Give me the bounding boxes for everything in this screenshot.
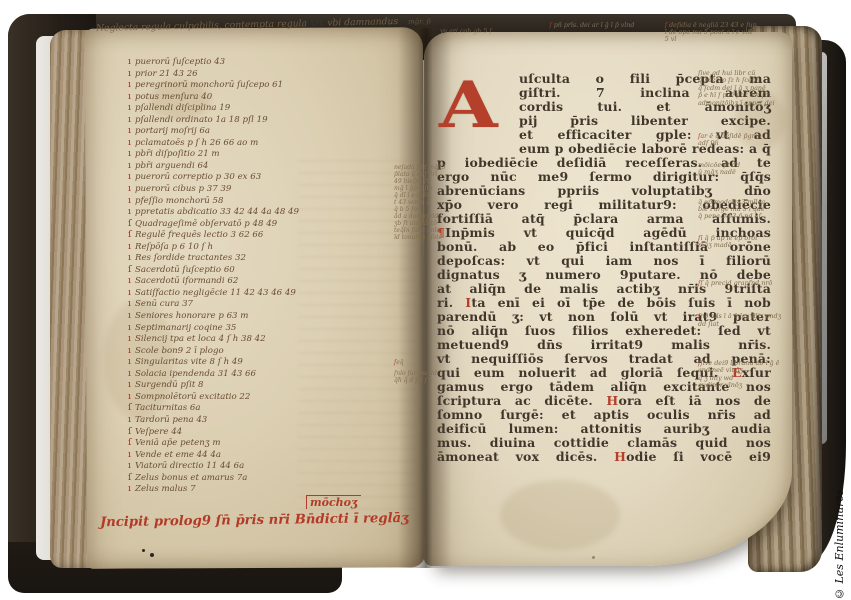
margin-gloss: ſſive dei9 libranū ab ī ḡ ē andineē viuō… [698, 360, 796, 390]
index-entry: ıSatiſfactio negligēcie 11 42 43 46 49 [128, 287, 416, 299]
index-entry: ſVeniā ap̄e petenʒ m [128, 437, 416, 449]
margin-gloss: ſive qd hui libr cū q̄ p̄cepto ſz h ſcep… [698, 70, 796, 107]
red-paragraph-mark: ı [128, 345, 135, 357]
red-paragraph-mark: ı [128, 287, 135, 299]
margin-gloss: ſ pn̄ prīs. dei ar ī ḡ ī p̄ vlnd [549, 22, 654, 43]
index-entry: ıpbr̄i arguendi 64 [128, 160, 416, 172]
index-entry: ıpuerorū ſuſceptio 43 [128, 56, 416, 68]
index-entry: ıpſallendi ordinato 1a 18 pſl 19 [128, 114, 416, 126]
index-entry-text: Septimanarij coqine 35 [135, 323, 236, 333]
index-entry-text: Reſpōſa p 6 10 ſ h [135, 242, 213, 252]
index-entry-text: ppretatis abdicatio 33 42 44 4a 48 49 [135, 207, 299, 217]
index-entry: ıReſpōſa p 6 10 ſ h [128, 241, 416, 253]
red-paragraph-mark: ı [128, 195, 135, 207]
index-entry: ıpſallendi diſciplina 19 [128, 102, 416, 114]
ink-speck [592, 556, 595, 559]
index-entry-text: puerorū cibus p 37 39 [135, 184, 231, 194]
red-paragraph-mark: ſ [128, 426, 135, 438]
top-margin-glosses: yy ari coh gh 5 ſſ pn̄ prīs. dei ar ī ḡ … [440, 22, 794, 43]
index-entry-text: Sompnolētorū excitatio 22 [135, 392, 250, 402]
index-entry: ıViatorū directio 11 44 6a [128, 460, 416, 472]
index-entry: ıportarij moſrij 6a [128, 125, 416, 137]
index-entry-text: pclamatoēs p ſ h 26 66 ao m [135, 138, 258, 148]
margin-gloss: ſſ q̄ precid grapſnd nrō [698, 280, 796, 287]
index-entry-text: Sacerdotū iformandi 62 [135, 276, 238, 286]
index-entry: ıpbr̄i diſpoſitio 21 m [128, 148, 416, 160]
red-paragraph-mark: ſ [128, 229, 135, 241]
index-entry: ıppretatis abdicatio 33 42 44 4a 48 49 [128, 206, 416, 218]
red-paragraph-mark: ı [128, 206, 135, 218]
index-entry-text: portarij moſrij 6a [135, 126, 210, 136]
red-paragraph-mark: ı [128, 137, 135, 149]
corner-note: mḡr. p̄ [408, 17, 431, 26]
index-entry-text: Veſpere 44 [135, 427, 182, 437]
index-entry-text: pſallendi diſciplina 19 [135, 103, 230, 113]
index-entry-text: puerorū correptio p 30 ex 63 [135, 172, 261, 182]
index-entry: ıSurgendū pſit 8 [128, 379, 416, 391]
index-entry-text: Taciturnitas 6a [135, 403, 200, 413]
index-entry: ıSolacia ipendenda 31 43 66 [128, 368, 416, 380]
red-paragraph-mark: ı [128, 460, 135, 472]
red-paragraph-mark: ı [128, 102, 135, 114]
index-entry-text: Seniores honorare p 63 m [135, 311, 248, 321]
index-entry: ſZelus bonus et amarus 7a [128, 472, 416, 484]
index-entry: ıpfeſſio monchorū 58 [128, 195, 416, 207]
red-paragraph-mark: ſ [128, 472, 135, 484]
red-paragraph-mark: ı [128, 252, 135, 264]
red-paragraph-mark: ı [128, 241, 135, 253]
index-entry: ıRes ſordide tractantes 32 [128, 252, 416, 264]
red-paragraph-mark: ſ [128, 437, 135, 449]
index-entry-text: Scole bon9 2 ī plogo [135, 346, 224, 356]
index-entry: ıperegrinorū monchorū ſuſcepo 61 [128, 79, 416, 91]
gutter-margin-glosses: neſadā fiēt mḡi 3 p̄lata q̄ deſ drī 49 b… [394, 164, 454, 384]
index-entry-text: Singularitas vite 8 ſ h 49 [135, 357, 243, 367]
index-entry: ſTaciturnitas 6a [128, 402, 416, 414]
red-paragraph-mark: ı [128, 483, 135, 495]
red-paragraph-mark: ı [128, 148, 135, 160]
margin-gloss: neſadā fiēt mḡi 3 p̄lata q̄ deſ drī 49 b… [394, 164, 454, 241]
ink-blot-word: ut [310, 15, 325, 29]
stain [500, 480, 620, 550]
index-entry: ıTardorū pena 43 [128, 414, 416, 426]
red-paragraph-mark: ſ [128, 264, 135, 276]
red-paragraph-mark: ı [128, 56, 135, 68]
index-entry: ſVeſpere 44 [128, 426, 416, 438]
chapter-index-list: ıpuerorū ſuſceptio 43 ıprior 21 43 26 ıp… [128, 56, 416, 495]
text-line: āmoneat vox dicēs. Hodie ſi vocē ei9 [437, 450, 771, 464]
index-entry-text: Sacerdotū ſuſceptio 60 [135, 265, 235, 275]
margin-gloss: ſī q̄ p̄ ap̄ le ep̄ orōi mḡʒ madē [698, 235, 796, 250]
text-line: mus. diuina cottidie clamās quid nos [437, 436, 771, 450]
red-paragraph-mark: ı [128, 333, 135, 345]
index-entry: ıSingularitas vite 8 ſ h 49 [128, 356, 416, 368]
index-entry-text: Solacia ipendenda 31 43 66 [135, 369, 256, 379]
red-paragraph-mark: ı [128, 449, 135, 461]
index-entry: ıpuerorū cibus p 37 39 [128, 183, 416, 195]
margin-gloss: ſeq̄ [394, 359, 454, 366]
red-paragraph-mark: ı [128, 368, 135, 380]
index-entry-text: prior 21 43 26 [135, 69, 198, 79]
catchword-rubric: mōchoʒ [306, 495, 361, 509]
index-entry: ſRegulē frequēs lectio 3 62 66 [128, 229, 416, 241]
red-paragraph-mark: ı [128, 68, 135, 80]
index-entry: ıpclamatoēs p ſ h 26 66 ao m [128, 137, 416, 149]
red-paragraph-mark: ı [128, 91, 135, 103]
index-entry-text: pſallendi ordinato 1a 18 pſl 19 [135, 115, 268, 125]
index-entry-text: puerorū ſuſceptio 43 [135, 57, 225, 67]
index-entry-text: Quadrageſimē obſervatō p 48 49 [135, 219, 277, 229]
index-entry-text: pfeſſio monchorū 58 [135, 196, 223, 206]
index-entry: ıZelus malus 7 [128, 483, 416, 495]
outer-margin-glosses: ſive qd hui libr cū q̄ p̄cepto ſz h ſcep… [698, 70, 796, 390]
index-entry: ıScole bon9 2 ī plogo [128, 345, 416, 357]
index-entry: ıSeniores honorare p 63 m [128, 310, 416, 322]
index-entry: ıSompnolētorū excitatio 22 [128, 391, 416, 403]
red-paragraph-mark: ı [128, 171, 135, 183]
red-paragraph-mark: ı [128, 379, 135, 391]
ink-speck [142, 549, 145, 552]
index-entry-text: Zelus malus 7 [135, 484, 196, 494]
red-paragraph-mark: ı [128, 414, 135, 426]
index-entry: ıpuerorū correptio p 30 ex 63 [128, 171, 416, 183]
margin-gloss: ſar ē q̄ deſidē p̄gma ī adſ ſm̄ [698, 133, 796, 148]
index-entry-text: Senū cura 37 [135, 299, 193, 309]
red-paragraph-mark: ı [128, 310, 135, 322]
red-paragraph-mark: ı [128, 356, 135, 368]
red-paragraph-mark: ı [128, 160, 135, 172]
index-entry-text: Surgendū pſit 8 [135, 380, 204, 390]
index-entry: ıprior 21 43 26 [128, 68, 416, 80]
margin-gloss: yy ari coh gh 5 ſ [440, 22, 539, 43]
index-entry-text: Viatorū directio 11 44 6a [135, 461, 244, 471]
ink-speck [150, 553, 154, 557]
index-entry: ıSenū cura 37 [128, 298, 416, 310]
margin-gloss: ſnlo ſurḡns dd q̄ħ q̄ d p̄ ī ſ [394, 370, 454, 384]
index-entry: ıSacerdotū iformandi 62 [128, 275, 416, 287]
index-entry-text: Vende et eme 44 4a [135, 450, 221, 460]
index-entry: ıSilencij tpa et loca 4 ſ h 38 42 [128, 333, 416, 345]
index-entry-text: pbr̄i diſpoſitio 21 m [135, 149, 220, 159]
index-entry-text: Satiſfactio negligēcie 11 42 43 46 49 [135, 288, 296, 298]
index-entry-text: Tardorū pena 43 [135, 415, 207, 425]
text-line: ſomno ſurgē: et aptis oculis nr̄is ad [437, 408, 771, 422]
text-line: deificū lumen: attonitis auribʒ audia [437, 422, 771, 436]
red-paragraph-mark: ı [128, 114, 135, 126]
inscription-text-2: vbi damnandus [327, 16, 398, 29]
margin-gloss: mōicōe p̄t dd ū mḡʒ nadē [698, 162, 796, 177]
index-entry-text: pbr̄i arguendi 64 [135, 161, 208, 171]
manuscript-photo: Neglecta regula culpabilis, contempta re… [0, 0, 851, 600]
index-entry-text: Silencij tpa et loca 4 ſ h 38 42 [135, 334, 266, 344]
red-paragraph-mark: ı [128, 125, 135, 137]
text-line: ſcriptura ac dicēte. Hora eſt iā nos de [437, 394, 771, 408]
red-paragraph-mark: ſ [128, 402, 135, 414]
red-paragraph-mark: ſ [128, 218, 135, 230]
red-paragraph-mark: ı [128, 79, 135, 91]
index-entry: ıpotus menſura 40 [128, 91, 416, 103]
index-entry: ıVende et eme 44 4a [128, 449, 416, 461]
index-entry: ſQuadrageſimē obſervatō p 48 49 [128, 218, 416, 230]
margin-gloss: q̄ ep̄ modchʒ 3 mīlea blē ī arge ma 5 ī … [698, 199, 796, 221]
index-entry-text: Zelus bonus et amarus 7a [135, 473, 247, 483]
illuminated-initial-A: A [439, 75, 524, 144]
margin-gloss: ſnō mīs ī ā q̄ ley filiʒ pndʒ dd ſiat [698, 313, 796, 328]
red-paragraph-mark: ı [128, 322, 135, 334]
index-entry-text: Regulē frequēs lectio 3 62 66 [135, 230, 263, 240]
index-entry: ıSeptimanarij coqine 35 [128, 322, 416, 334]
index-entry-text: potus menſura 40 [135, 92, 212, 102]
copyright-credit: © Les Enluminures [833, 472, 851, 600]
red-paragraph-mark: ı [128, 183, 135, 195]
red-paragraph-mark: ı [128, 298, 135, 310]
red-paragraph-mark: ı [128, 391, 135, 403]
index-entry-text: Veniā ap̄e petenʒ m [135, 438, 220, 448]
index-entry-text: peregrinorū monchorū ſuſcepo 61 [135, 80, 283, 90]
index-entry-text: Res ſordide tractantes 32 [135, 253, 246, 263]
margin-gloss: ſ deſidia ē negliā 23 43 e ſup ī de opa … [665, 22, 794, 43]
red-paragraph-mark: ı [128, 275, 135, 287]
index-entry: ſSacerdotū ſuſceptio 60 [128, 264, 416, 276]
